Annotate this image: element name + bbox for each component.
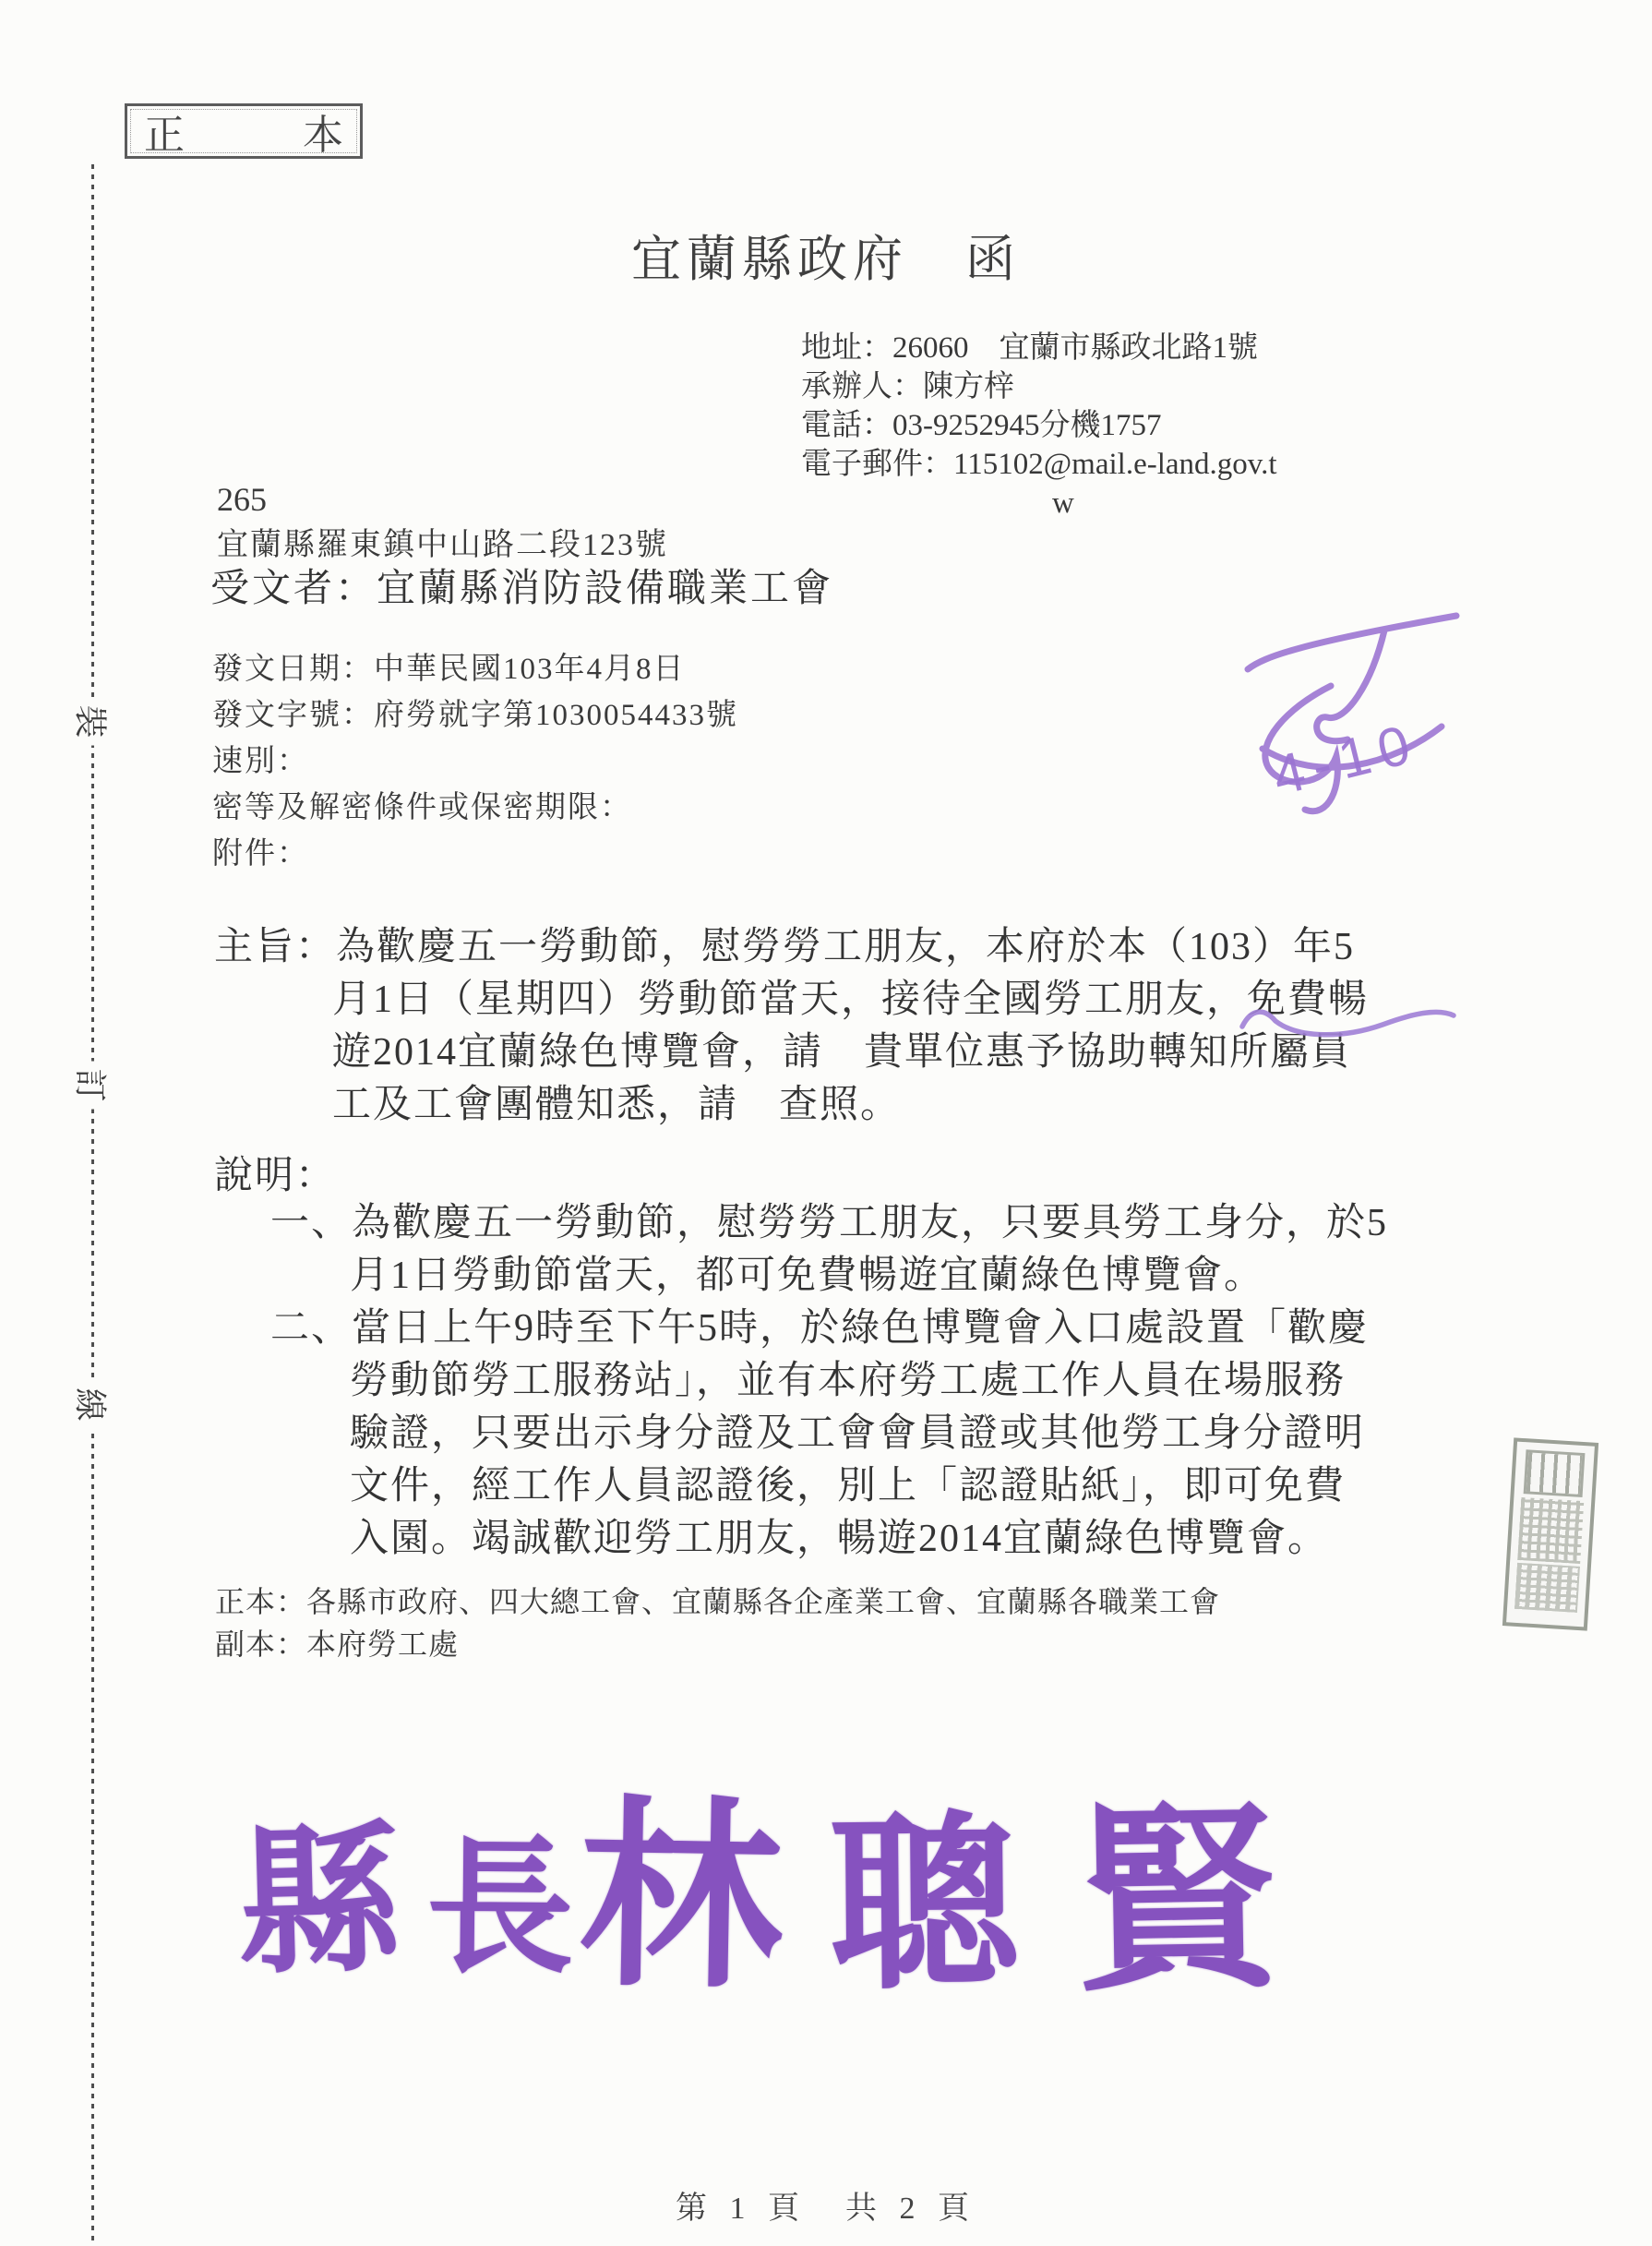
binding-char-zhuang: 裝 <box>62 698 124 746</box>
meta-date: 發文日期：中華民國103年4月8日 <box>212 646 738 692</box>
distribution-original: 正本：各縣市政府、四大總工會、宜蘭縣各企產業工會、宜蘭縣各職業工會 <box>215 1580 1220 1623</box>
explanation-item-line: 二、當日上午9時至下午5時，於綠色博覽會入口處設置「歡慶 <box>270 1303 1388 1355</box>
recipient-name: 受文者：宜蘭縣消防設備職業工會 <box>210 558 833 613</box>
explanation-item-line: 文件，經工作人員認證後，別上「認證貼紙」，即可免費 <box>350 1460 1388 1513</box>
copy-type-box: 正 本 <box>125 103 363 159</box>
org-name: 宜蘭縣政府 <box>631 220 908 291</box>
contact-email: 電子郵件：115102@mail.e-land.gov.t <box>801 445 1277 484</box>
scanned-official-letter: 裝 訂 線 正 本 宜蘭縣政府 函 地址：26060 宜蘭市縣政北路1號 承辦人… <box>0 0 1652 2246</box>
contact-block: 地址：26060 宜蘭市縣政北路1號 承辦人：陳方梓 電話：03-9252945… <box>801 329 1277 522</box>
meta-block: 發文日期：中華民國103年4月8日 發文字號：府勞就字第1030054433號 … <box>212 646 738 877</box>
certification-stamp-text-area <box>1517 1497 1584 1564</box>
distribution-copy: 副本：本府勞工處 <box>215 1623 1220 1665</box>
signature-char: 賢 <box>1075 1741 1278 2029</box>
certification-stamp-inner-box <box>1524 1449 1586 1497</box>
subject-paragraph: 主旨：為歡慶五一勞動節，慰勞勞工朋友，本府於本（103）年5 月1日（星期四）勞… <box>214 921 1369 1132</box>
copy-type-right: 本 <box>303 102 343 161</box>
recipient-postal-code: 265 <box>217 480 267 519</box>
copy-type-left: 正 <box>144 102 185 161</box>
binding-dotted-line <box>91 164 94 2246</box>
meta-security: 密等及解密條件或保密期限： <box>212 785 738 831</box>
subject-text: 為歡慶五一勞動節，慰勞勞工朋友，本府於本（103）年5 <box>336 926 1355 968</box>
page-footer: 第 1 頁 共 2 頁 <box>0 2182 1652 2228</box>
distribution-block: 正本：各縣市政府、四大總工會、宜蘭縣各企產業工會、宜蘭縣各職業工會 副本：本府勞… <box>215 1580 1220 1665</box>
doc-type: 函 <box>965 220 1021 291</box>
subject-line: 月1日（星期四）勞動節當天，接待全國勞工朋友，免費暢 <box>332 974 1369 1027</box>
explanation-item-line: 勞動節勞工服務站」，並有本府勞工處工作人員在場服務 <box>350 1355 1388 1408</box>
explanation-items: 一、為歡慶五一勞動節，慰勞勞工朋友，只要具勞工身分，於5 月1日勞動節當天，都可… <box>270 1197 1388 1566</box>
explanation-item-text: 為歡慶五一勞動節，慰勞勞工朋友，只要具勞工身分，於5 <box>352 1202 1388 1244</box>
contact-address: 地址：26060 宜蘭市縣政北路1號 <box>801 329 1277 367</box>
contact-email-wrap: w <box>801 484 1277 522</box>
signature-char: 縣 <box>235 1771 403 2006</box>
underline-squiggle <box>1235 995 1461 1051</box>
meta-speed: 速別： <box>212 739 738 785</box>
subject-line: 主旨：為歡慶五一勞動節，慰勞勞工朋友，本府於本（103）年5 <box>214 921 1369 974</box>
binding-char-xian: 線 <box>62 1381 124 1429</box>
explanation-item-line: 月1日勞動節當天，都可免費暢遊宜蘭綠色博覽會。 <box>350 1250 1388 1303</box>
meta-attachment: 附件： <box>212 831 738 877</box>
signature-char: 林 <box>577 1732 784 2027</box>
meta-doc-number: 發文字號：府勞就字第1030054433號 <box>212 692 738 739</box>
document-title: 宜蘭縣政府 函 <box>0 220 1652 291</box>
subject-label: 主旨： <box>214 926 336 968</box>
explanation-item-line: 入園。竭誠歡迎勞工朋友，暢遊2014宜蘭綠色博覽會。 <box>350 1513 1388 1566</box>
handwritten-scribble <box>1191 568 1467 845</box>
explanation-item-line: 驗證，只要出示身分證及工會會員證或其他勞工身分證明 <box>350 1408 1388 1460</box>
subject-line: 工及工會團體知悉，請 查照。 <box>332 1079 1369 1132</box>
explanation-item-text: 當日上午9時至下午5時，於綠色博覽會入口處設置「歡慶 <box>352 1307 1369 1350</box>
certification-stamp <box>1502 1437 1598 1630</box>
subject-line: 遊2014宜蘭綠色博覽會，請 貴單位惠予協助轉知所屬員 <box>332 1027 1369 1079</box>
certification-stamp-text-area <box>1514 1563 1580 1613</box>
explanation-item-line: 一、為歡慶五一勞動節，慰勞勞工朋友，只要具勞工身分，於5 <box>270 1197 1388 1250</box>
signature-char: 聰 <box>828 1751 1020 2025</box>
explanation-label: 說明： <box>214 1145 336 1200</box>
explanation-item-number: 一、 <box>270 1202 352 1244</box>
explanation-item-number: 二、 <box>270 1307 352 1350</box>
signature-char: 長 <box>425 1788 575 2001</box>
contact-person: 承辦人：陳方梓 <box>801 367 1277 406</box>
binding-char-ding: 訂 <box>62 1062 124 1110</box>
contact-phone: 電話：03-9252945分機1757 <box>801 406 1277 445</box>
